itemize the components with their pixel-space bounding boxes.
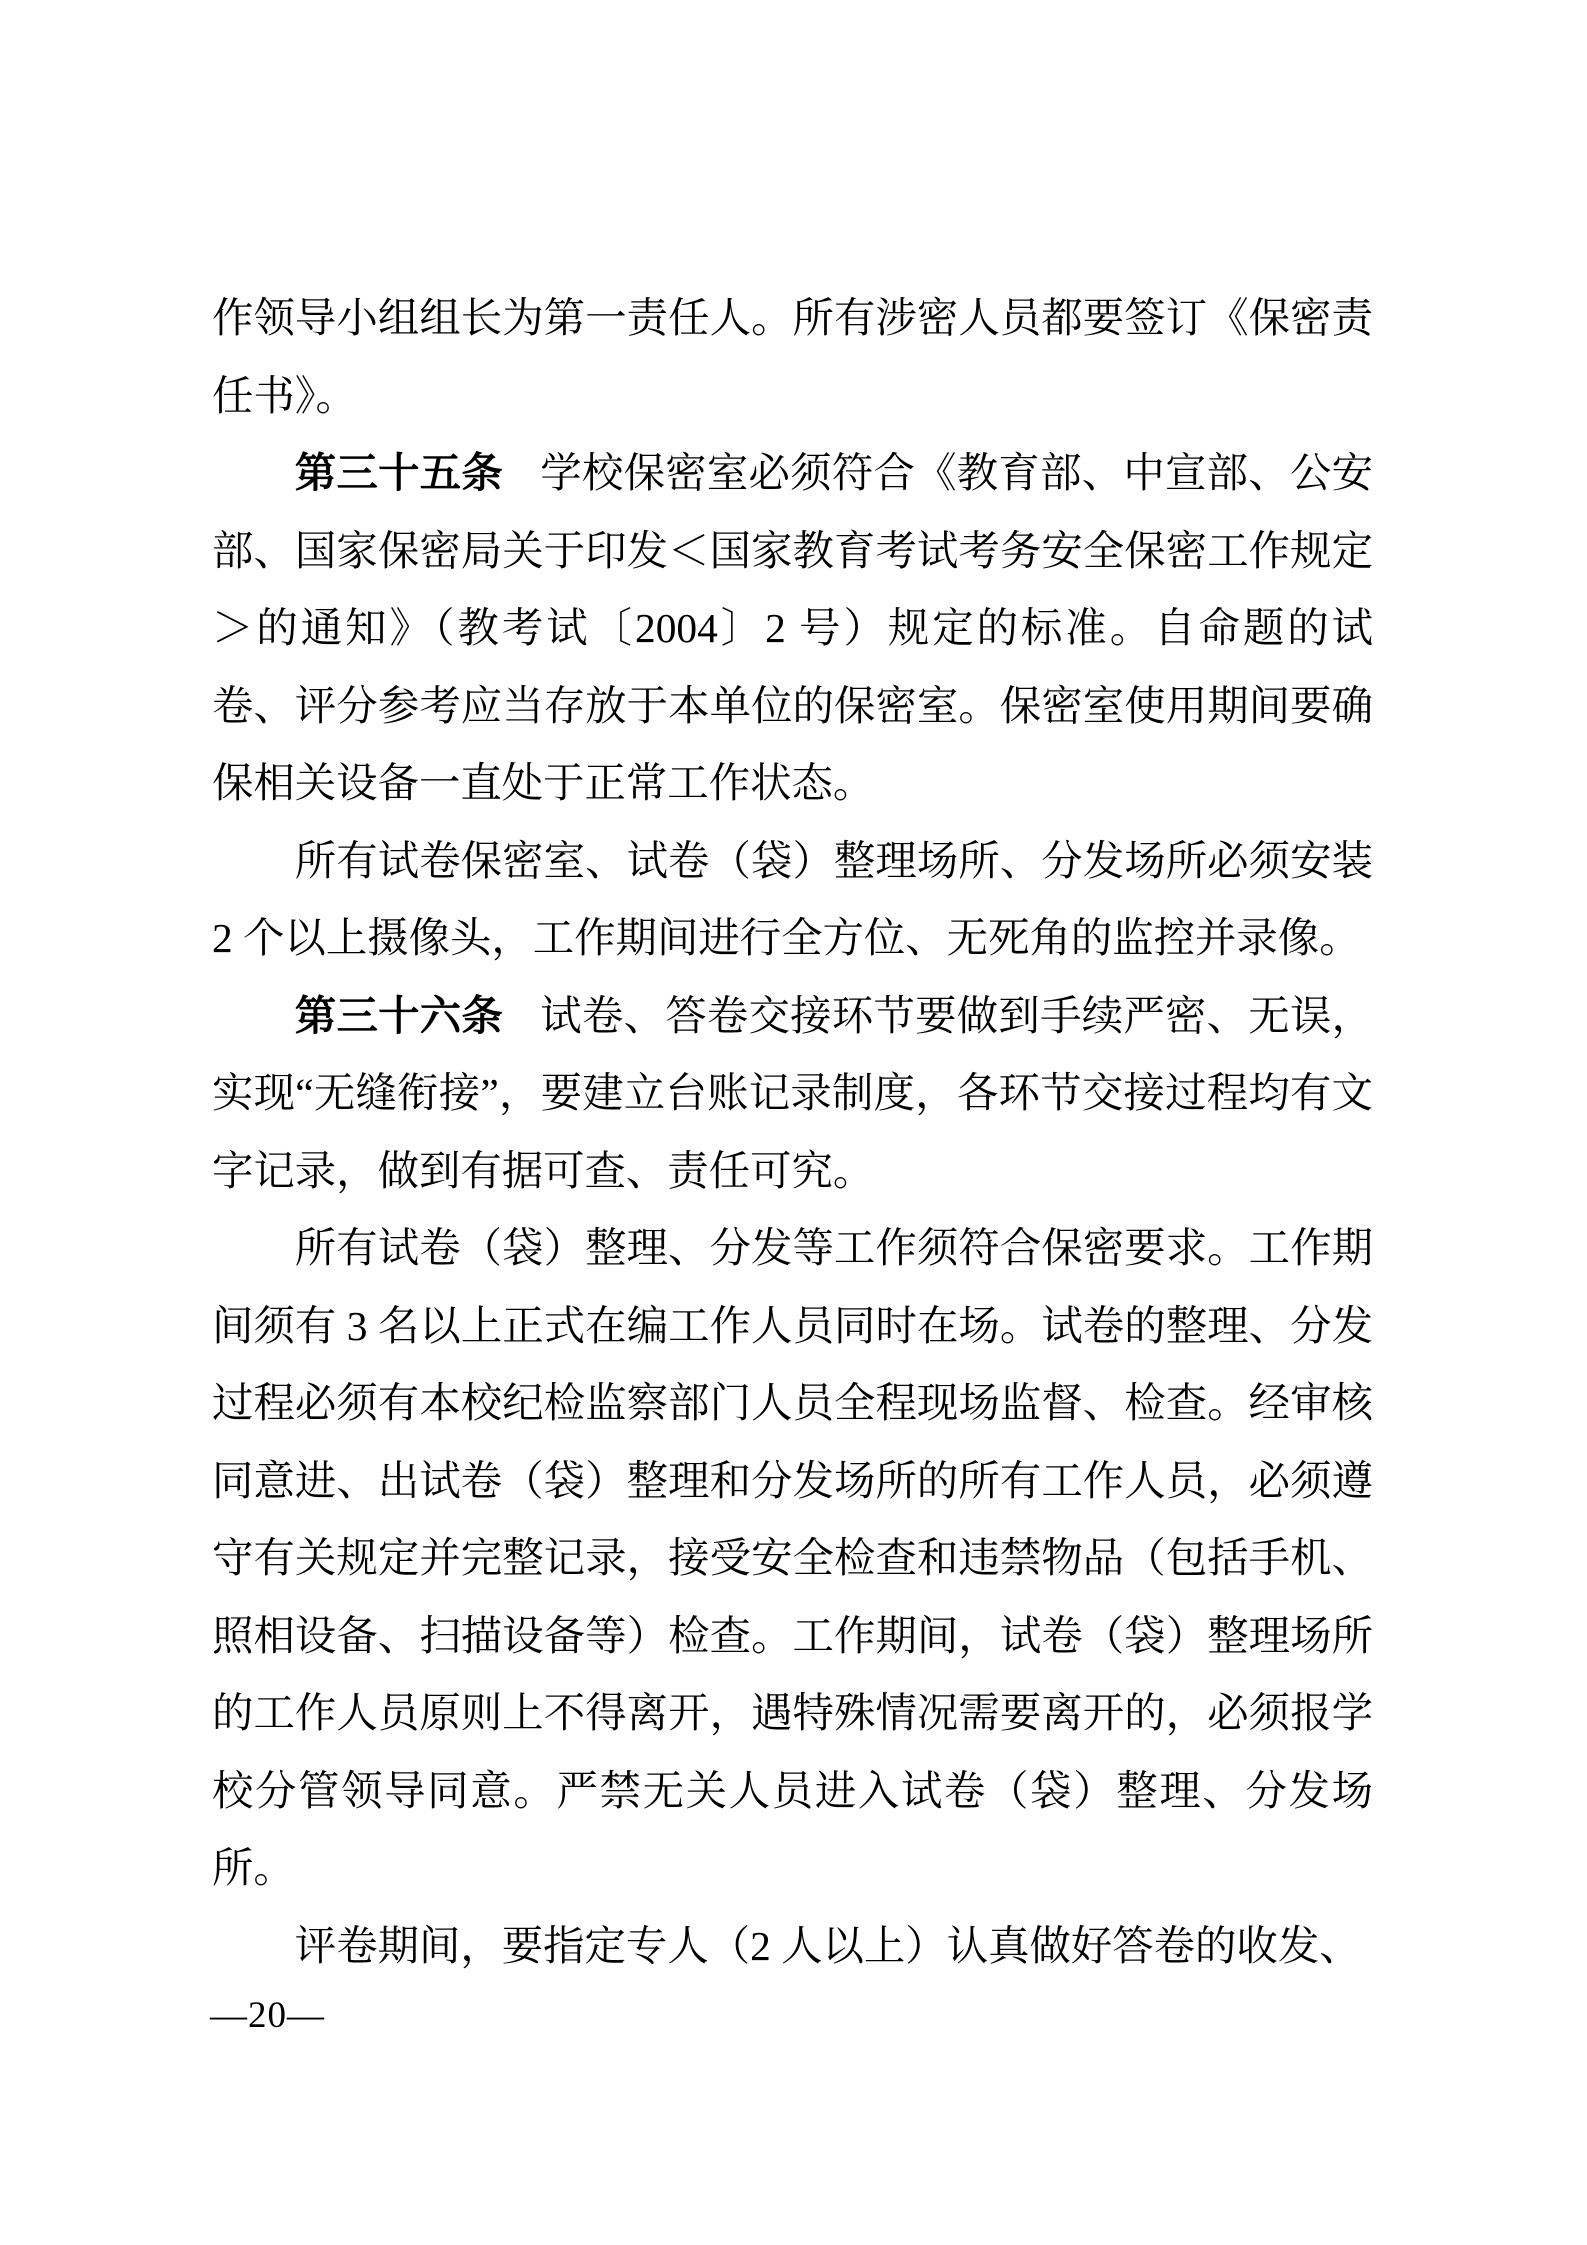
paragraph-text: 所有试卷（袋）整理、分发等工作须符合保密要求。工作期间须有 3 名以上正式在编工… (212, 1225, 1373, 1891)
page-number: —20— (210, 1995, 325, 2036)
paragraph-grading-period: 评卷期间，要指定专人（2 人以上）认真做好答卷的收发、 (212, 1908, 1373, 1986)
paragraph-continuation: 作领导小组组长为第一责任人。所有涉密人员都要签订《保密责任书》。 (212, 280, 1373, 435)
paragraph-text: 评卷期间，要指定专人（2 人以上）认真做好答卷的收发、 (295, 1923, 1361, 1969)
clause-36-heading: 第三十六条 (295, 993, 503, 1039)
paragraph-clause-36: 第三十六条试卷、答卷交接环节要做到手续严密、无误，实现“无缝衔接”，要建立台账记… (212, 978, 1373, 1211)
paragraph-text: 学校保密室必须符合《教育部、中宣部、公安部、国家保密局关于印发＜国家教育考试考务… (212, 450, 1373, 806)
paragraph-clause-35: 第三十五条学校保密室必须符合《教育部、中宣部、公安部、国家保密局关于印发＜国家教… (212, 435, 1373, 823)
document-body: 作领导小组组长为第一责任人。所有涉密人员都要签订《保密责任书》。 第三十五条学校… (212, 280, 1373, 1985)
paragraph-cameras: 所有试卷保密室、试卷（袋）整理场所、分发场所必须安装 2 个以上摄像头，工作期间… (212, 823, 1373, 978)
document-page: 作领导小组组长为第一责任人。所有涉密人员都要签订《保密责任书》。 第三十五条学校… (0, 0, 1587, 2245)
clause-35-heading: 第三十五条 (295, 450, 503, 496)
paragraph-text: 所有试卷保密室、试卷（袋）整理场所、分发场所必须安装 2 个以上摄像头，工作期间… (212, 838, 1373, 962)
paragraph-sorting-rules: 所有试卷（袋）整理、分发等工作须符合保密要求。工作期间须有 3 名以上正式在编工… (212, 1210, 1373, 1908)
paragraph-text: 作领导小组组长为第一责任人。所有涉密人员都要签订《保密责任书》。 (212, 295, 1373, 419)
page-footer: —20— (210, 1996, 325, 2036)
